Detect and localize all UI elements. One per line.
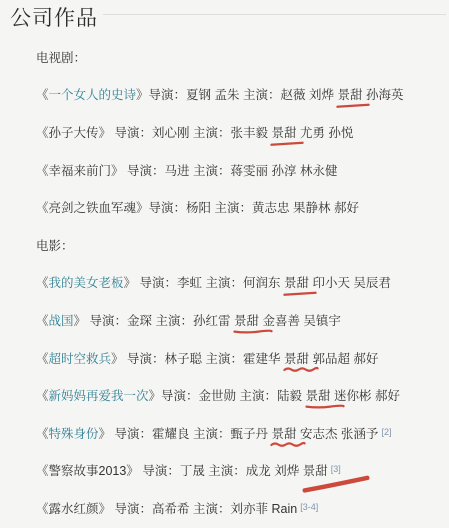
- red-underline-mark: [283, 366, 319, 374]
- work-title-link[interactable]: 一个女人的史诗: [49, 85, 137, 103]
- reference-sup[interactable]: [3-4]: [300, 502, 318, 512]
- credits-text: 导演：高希希 主演：刘亦菲 Rain: [111, 499, 297, 517]
- title-close-bracket: 》: [99, 123, 112, 141]
- work-title: 孙子大传: [49, 123, 99, 141]
- title-close-bracket: 》: [124, 273, 137, 291]
- credits-text: 安志杰 张涵予: [296, 424, 378, 442]
- highlighted-name: 景甜: [271, 424, 296, 442]
- work-row: 《战国》 导演：金琛 主演：孙红雷 景甜 金喜善 吴镇宇: [36, 301, 449, 339]
- credits-text: 导演：霍耀良 主演：甄子丹: [111, 424, 271, 442]
- work-title-link[interactable]: 战国: [49, 311, 74, 329]
- title-open-bracket: 《: [36, 161, 49, 179]
- credits-text: 导演：林子聪 主演：霍建华: [124, 349, 284, 367]
- work-title-link[interactable]: 新妈妈再爱我一次: [49, 386, 149, 404]
- credits-text: 导演：马进 主演：蒋雯丽 孙淳 林永健: [124, 161, 338, 179]
- title-open-bracket: 《: [36, 386, 49, 404]
- red-underline-mark: [233, 328, 273, 336]
- title-open-bracket: 《: [36, 123, 49, 141]
- title-close-bracket: 》: [99, 499, 112, 517]
- title-close-bracket: 》: [99, 424, 112, 442]
- title-close-bracket: 》: [74, 311, 87, 329]
- work-row: 《我的美女老板》 导演：李虹 主演：何润东 景甜 印小天 吴辰君: [36, 264, 449, 302]
- title-close-bracket: 》: [111, 349, 124, 367]
- work-row: 《超时空救兵》 导演：林子聪 主演：霍建华 景甜 郭品超 郝好: [36, 339, 449, 377]
- work-title: 警察故事2013: [49, 461, 127, 479]
- red-underline-mark: [270, 441, 306, 449]
- credits-text: 导演：杨阳 主演：黄志忠 果静林 郝好: [149, 198, 359, 216]
- red-underline-mark: [283, 290, 317, 298]
- work-title: 露水红颜: [49, 499, 99, 517]
- title-open-bracket: 《: [36, 424, 49, 442]
- title-open-bracket: 《: [36, 273, 49, 291]
- work-title: 亮剑之铁血军魂: [49, 198, 137, 216]
- reference-sup[interactable]: [2]: [381, 427, 391, 437]
- category-label: 电视剧：: [36, 38, 449, 76]
- credits-text: 尤勇 孙悦: [296, 123, 353, 141]
- work-title-link[interactable]: 超时空救兵: [49, 349, 112, 367]
- page-title: 公司作品: [10, 6, 98, 32]
- category-label: 电影：: [36, 226, 449, 264]
- credits-text: 导演：丁晟 主演：成龙 刘烨: [139, 461, 303, 479]
- credits-text: 导演：金琛 主演：孙红雷: [86, 311, 234, 329]
- work-row: 《特殊身份》 导演：霍耀良 主演：甄子丹 景甜 安志杰 张涵予[2]: [36, 414, 449, 452]
- title-open-bracket: 《: [36, 461, 49, 479]
- title-open-bracket: 《: [36, 499, 49, 517]
- work-row: 《警察故事2013》 导演：丁晟 主演：成龙 刘烨 景甜[3]: [36, 452, 449, 490]
- title-close-bracket: 》: [111, 161, 124, 179]
- title-close-bracket: 》: [149, 386, 162, 404]
- title-open-bracket: 《: [36, 311, 49, 329]
- credits-text: 郭品超 郝好: [309, 349, 378, 367]
- title-close-bracket: 》: [136, 198, 149, 216]
- work-row: 《亮剑之铁血军魂》导演：杨阳 主演：黄志忠 果静林 郝好: [36, 188, 449, 226]
- credits-text: 导演：刘心刚 主演：张丰毅: [111, 123, 271, 141]
- work-row: 《露水红颜》 导演：高希希 主演：刘亦菲 Rain[3-4]: [36, 489, 449, 527]
- reference-sup[interactable]: [3]: [331, 464, 341, 474]
- work-row: 《幸福来前门》 导演：马进 主演：蒋雯丽 孙淳 林永健: [36, 151, 449, 189]
- title-close-bracket: 》: [126, 461, 139, 479]
- credits-text: 孙海英: [362, 85, 403, 103]
- red-underline-mark: [336, 102, 370, 110]
- highlighted-name: 景甜: [303, 461, 328, 479]
- title-open-bracket: 《: [36, 85, 49, 103]
- highlighted-name: 景甜: [284, 349, 309, 367]
- section-header: 公司作品: [0, 0, 449, 36]
- work-row: 《一个女人的史诗》导演：夏钢 孟朱 主演：赵薇 刘烨 景甜 孙海英: [36, 76, 449, 114]
- work-row: 《新妈妈再爱我一次》导演：金世勋 主演：陆毅 景甜 迷你彬 郝好: [36, 376, 449, 414]
- title-open-bracket: 《: [36, 349, 49, 367]
- highlighted-name: 景甜: [284, 273, 309, 291]
- header-divider: [103, 14, 446, 15]
- highlighted-name: 景甜: [271, 123, 296, 141]
- work-title-link[interactable]: 特殊身份: [49, 424, 99, 442]
- credits-text: 导演：夏钢 孟朱 主演：赵薇 刘烨: [149, 85, 338, 103]
- credits-text: 导演：李虹 主演：何润东: [136, 273, 284, 291]
- credits-text: 导演：金世勋 主演：陆毅: [161, 386, 305, 404]
- credits-text: 金喜善 吴镇宇: [259, 311, 341, 329]
- works-list: 电视剧：《一个女人的史诗》导演：夏钢 孟朱 主演：赵薇 刘烨 景甜 孙海英《孙子…: [36, 38, 449, 527]
- highlighted-name: 景甜: [306, 386, 331, 404]
- title-open-bracket: 《: [36, 198, 49, 216]
- credits-text: 迷你彬 郝好: [331, 386, 400, 404]
- work-title-link[interactable]: 我的美女老板: [49, 273, 124, 291]
- highlighted-name: 景甜: [234, 311, 259, 329]
- highlighted-name: 景甜: [337, 85, 362, 103]
- red-underline-mark: [305, 403, 345, 411]
- work-title: 幸福来前门: [49, 161, 112, 179]
- red-underline-mark: [270, 140, 304, 148]
- title-close-bracket: 》: [136, 85, 149, 103]
- work-row: 《孙子大传》 导演：刘心刚 主演：张丰毅 景甜 尤勇 孙悦: [36, 113, 449, 151]
- credits-text: 印小天 吴辰君: [309, 273, 391, 291]
